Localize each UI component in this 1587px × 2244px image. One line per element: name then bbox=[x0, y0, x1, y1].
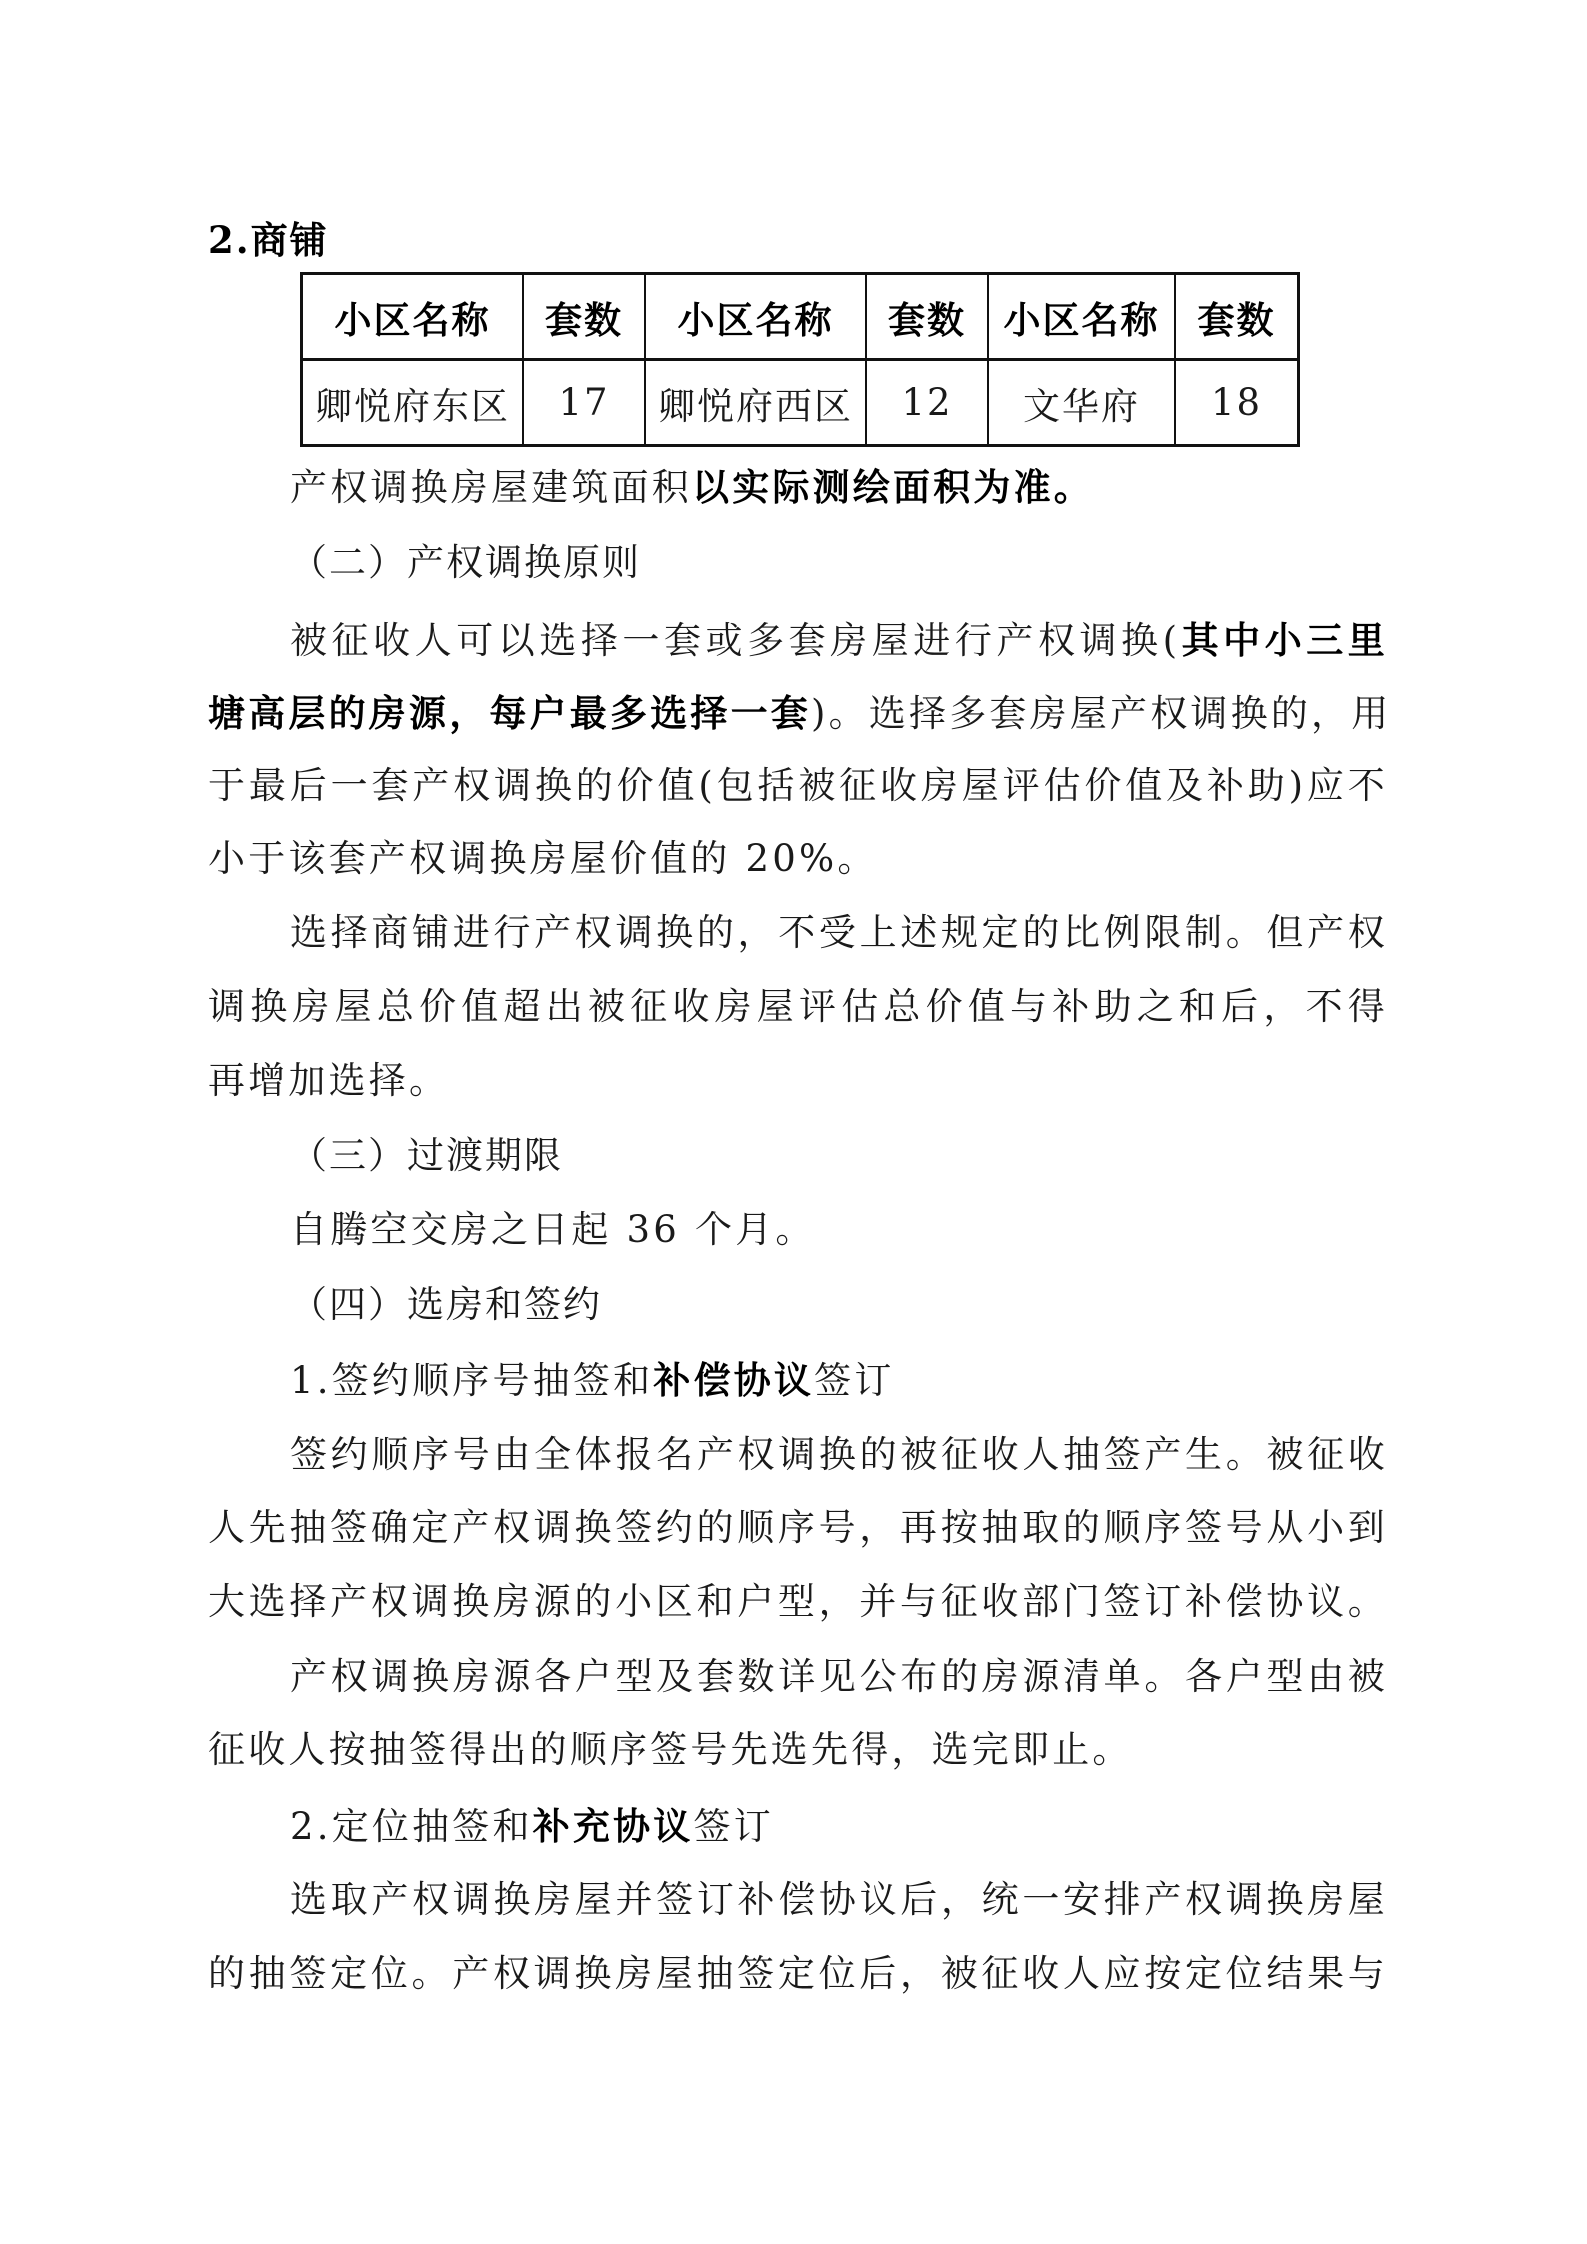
table-cell-count: 12 bbox=[866, 360, 988, 446]
paragraph-text: 被征收人可以选择一套或多套房屋进行产权调换( bbox=[290, 619, 1180, 662]
paragraph-line: 征收人按抽签得出的顺序签号先选先得，选完即止。 bbox=[208, 1725, 1388, 1775]
section-title-shops: 2.商铺 bbox=[208, 215, 329, 265]
table-cell-community: 卿悦府西区 bbox=[645, 360, 866, 446]
document-page: 2.商铺 小区名称 套数 小区名称 套数 小区名称 套数 卿悦府东区 17 卿悦… bbox=[0, 0, 1587, 2244]
paragraph-line: 大选择产权调换房源的小区和户型，并与征收部门签订补偿协议。 bbox=[208, 1577, 1388, 1627]
section-heading-4: （四）选房和签约 bbox=[290, 1280, 602, 1330]
paragraph-line: 塘高层的房源，每户最多选择一套)。选择多套房屋产权调换的，用 bbox=[208, 688, 1388, 739]
paragraph-line: 被征收人可以选择一套或多套房屋进行产权调换(其中小三里 bbox=[290, 615, 1388, 666]
paragraph-line: 的抽签定位。产权调换房屋抽签定位后，被征收人应按定位结果与 bbox=[208, 1949, 1388, 1999]
subsection-title-text: 签订 bbox=[694, 1805, 774, 1848]
paragraph-line: 产权调换房源各户型及套数详见公布的房源清单。各户型由被 bbox=[290, 1652, 1388, 1702]
area-note-text: 产权调换房屋建筑面积 bbox=[290, 466, 692, 509]
shops-table: 小区名称 套数 小区名称 套数 小区名称 套数 卿悦府东区 17 卿悦府西区 1… bbox=[300, 272, 1300, 447]
table-cell-community: 文华府 bbox=[988, 360, 1175, 446]
subsection-title-1: 1.签约顺序号抽签和补偿协议签订 bbox=[290, 1355, 1388, 1406]
table-header-cell: 套数 bbox=[523, 274, 645, 360]
paragraph-line: 选择商铺进行产权调换的，不受上述规定的比例限制。但产权 bbox=[290, 908, 1388, 958]
table-cell-count: 18 bbox=[1175, 360, 1299, 446]
table-header-row: 小区名称 套数 小区名称 套数 小区名称 套数 bbox=[302, 274, 1299, 360]
paragraph-line: 调换房屋总价值超出被征收房屋评估总价值与补助之和后，不得 bbox=[208, 982, 1388, 1032]
table-row: 卿悦府东区 17 卿悦府西区 12 文华府 18 bbox=[302, 360, 1299, 446]
area-note-emphasis: 以实际测绘面积为准。 bbox=[692, 465, 1094, 509]
paragraph-line: 签约顺序号由全体报名产权调换的被征收人抽签产生。被征收 bbox=[290, 1430, 1388, 1480]
paragraph-line: 于最后一套产权调换的价值(包括被征收房屋评估价值及补助)应不 bbox=[208, 761, 1388, 811]
paragraph-line: 选取产权调换房屋并签订补偿协议后，统一安排产权调换房屋 bbox=[290, 1875, 1388, 1925]
subsection-title-text: 1.签约顺序号抽签和 bbox=[290, 1359, 653, 1402]
subsection-title-text: 2.定位抽签和 bbox=[290, 1805, 533, 1848]
table-cell-community: 卿悦府东区 bbox=[302, 360, 524, 446]
subsection-title-2: 2.定位抽签和补充协议签订 bbox=[290, 1801, 1388, 1852]
paragraph-text: )。选择多套房屋产权调换的，用 bbox=[811, 692, 1391, 735]
paragraph-line: 人先抽签确定产权调换签约的顺序号，再按抽取的顺序签号从小到 bbox=[208, 1503, 1388, 1553]
paragraph-emphasis: 塘高层的房源，每户最多选择一套 bbox=[208, 691, 811, 735]
table-cell-count: 17 bbox=[523, 360, 645, 446]
subsection-title-emphasis: 补偿协议 bbox=[653, 1358, 814, 1402]
paragraph-line: 小于该套产权调换房屋价值的 20%。 bbox=[208, 834, 1388, 884]
table-header-cell: 套数 bbox=[866, 274, 988, 360]
subsection-title-text: 签订 bbox=[814, 1359, 894, 1402]
subsection-title-emphasis: 补充协议 bbox=[533, 1804, 694, 1848]
section-heading-2: （二）产权调换原则 bbox=[290, 538, 641, 588]
table-header-cell: 小区名称 bbox=[645, 274, 866, 360]
area-note: 产权调换房屋建筑面积以实际测绘面积为准。 bbox=[290, 462, 1388, 513]
table-header-cell: 套数 bbox=[1175, 274, 1299, 360]
section-heading-3: （三）过渡期限 bbox=[290, 1131, 563, 1181]
paragraph-line: 再增加选择。 bbox=[208, 1056, 1388, 1106]
paragraph-line: 自腾空交房之日起 36 个月。 bbox=[290, 1205, 1388, 1255]
table-header-cell: 小区名称 bbox=[988, 274, 1175, 360]
paragraph-emphasis: 其中小三里 bbox=[1180, 618, 1388, 662]
table-header-cell: 小区名称 bbox=[302, 274, 524, 360]
